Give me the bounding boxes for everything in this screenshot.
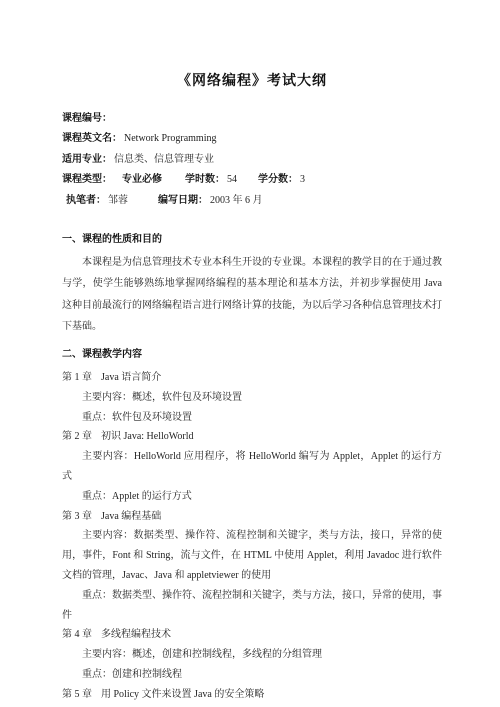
chapter-list: 第 1 章Java 语言简介 主要内容：概述，软件包及环境设置 重点：软件包及环… — [62, 368, 442, 705]
chapter-1-title: Java 语言简介 — [101, 372, 161, 383]
section-nature-paragraph: 本课程是为信息管理技术专业本科生开设的专业课。本课程的教学目的在于通过教与学，使… — [62, 252, 442, 338]
chapter-5-number: 第 5 章 — [62, 689, 92, 700]
english-name-label: 课程英文名： — [62, 133, 122, 144]
credit-value: 3 — [300, 174, 305, 185]
chapter-2-main-content: 主要内容：HelloWorld 应用程序，将 HelloWorld 编写为 Ap… — [62, 447, 442, 487]
date-value: 2003 年 6 月 — [210, 195, 263, 206]
english-name-value: Network Programming — [124, 133, 217, 144]
course-type-value: 专业必修 — [122, 174, 162, 185]
course-code-row: 课程编号： — [62, 109, 442, 129]
english-name-row: 课程英文名：Network Programming — [62, 129, 442, 149]
hours-label: 学时数： — [185, 174, 225, 185]
chapter-2-number: 第 2 章 — [62, 431, 92, 442]
chapter-2: 第 2 章初识 Java: HelloWorld 主要内容：HelloWorld… — [62, 427, 442, 506]
chapter-5: 第 5 章用 Policy 文件来设置 Java 的安全策略 — [62, 685, 442, 705]
chapter-2-title: 初识 Java: HelloWorld — [101, 431, 194, 442]
chapter-4-title: 多线程编程技术 — [101, 629, 171, 640]
course-meta: 课程编号： 课程英文名：Network Programming 适用专业：信息类… — [62, 109, 442, 211]
chapter-2-heading: 第 2 章初识 Java: HelloWorld — [62, 427, 442, 447]
author-row: 执笔者：邹蓉编写日期：2003 年 6 月 — [62, 191, 442, 211]
chapter-1-heading: 第 1 章Java 语言简介 — [62, 368, 442, 388]
chapter-4-number: 第 4 章 — [62, 629, 92, 640]
course-type-row: 课程类型：专业必修学时数：54学分数：3 — [62, 170, 442, 190]
chapter-3-heading: 第 3 章Java 编程基础 — [62, 507, 442, 527]
date-label: 编写日期： — [158, 195, 208, 206]
chapter-1-focus: 重点：软件包及环境设置 — [62, 408, 442, 428]
chapter-3-title: Java 编程基础 — [101, 511, 161, 522]
chapter-3-main-content: 主要内容：数据类型、操作符、流程控制和关键字，类与方法，接口，异常的使用，事件，… — [62, 526, 442, 585]
chapter-5-title: 用 Policy 文件来设置 Java 的安全策略 — [101, 689, 264, 700]
course-type-label: 课程类型： — [62, 174, 112, 185]
course-code-label: 课程编号： — [62, 113, 112, 124]
chapter-4-focus: 重点：创建和控制线程 — [62, 665, 442, 685]
chapter-3-number: 第 3 章 — [62, 511, 92, 522]
chapter-4-heading: 第 4 章多线程编程技术 — [62, 625, 442, 645]
chapter-4-main-content: 主要内容：概述，创建和控制线程，多线程的分组管理 — [62, 645, 442, 665]
chapter-3-focus: 重点：数据类型、操作符、流程控制和关键字，类与方法，接口，异常的使用，事件 — [62, 586, 442, 626]
chapter-1: 第 1 章Java 语言简介 主要内容：概述，软件包及环境设置 重点：软件包及环… — [62, 368, 442, 427]
major-value: 信息类、信息管理专业 — [114, 154, 214, 165]
chapter-4: 第 4 章多线程编程技术 主要内容：概述，创建和控制线程，多线程的分组管理 重点… — [62, 625, 442, 684]
major-label: 适用专业： — [62, 154, 112, 165]
chapter-2-focus: 重点：Applet 的运行方式 — [62, 487, 442, 507]
author-value: 邹蓉 — [108, 195, 128, 206]
document-page: 《网络编程》考试大纲 课程编号： 课程英文名：Network Programmi… — [0, 0, 500, 707]
hours-value: 54 — [227, 174, 237, 185]
major-row: 适用专业：信息类、信息管理专业 — [62, 150, 442, 170]
chapter-1-main-content: 主要内容：概述，软件包及环境设置 — [62, 388, 442, 408]
chapter-5-heading: 第 5 章用 Policy 文件来设置 Java 的安全策略 — [62, 685, 442, 705]
chapter-3: 第 3 章Java 编程基础 主要内容：数据类型、操作符、流程控制和关键字，类与… — [62, 507, 442, 626]
credit-label: 学分数： — [258, 174, 298, 185]
section-teaching-heading: 二、课程教学内容 — [62, 348, 442, 362]
chapter-1-number: 第 1 章 — [62, 372, 92, 383]
section-nature-heading: 一、课程的性质和目的 — [62, 233, 442, 247]
document-title: 《网络编程》考试大纲 — [62, 72, 442, 92]
author-label: 执笔者： — [66, 195, 106, 206]
